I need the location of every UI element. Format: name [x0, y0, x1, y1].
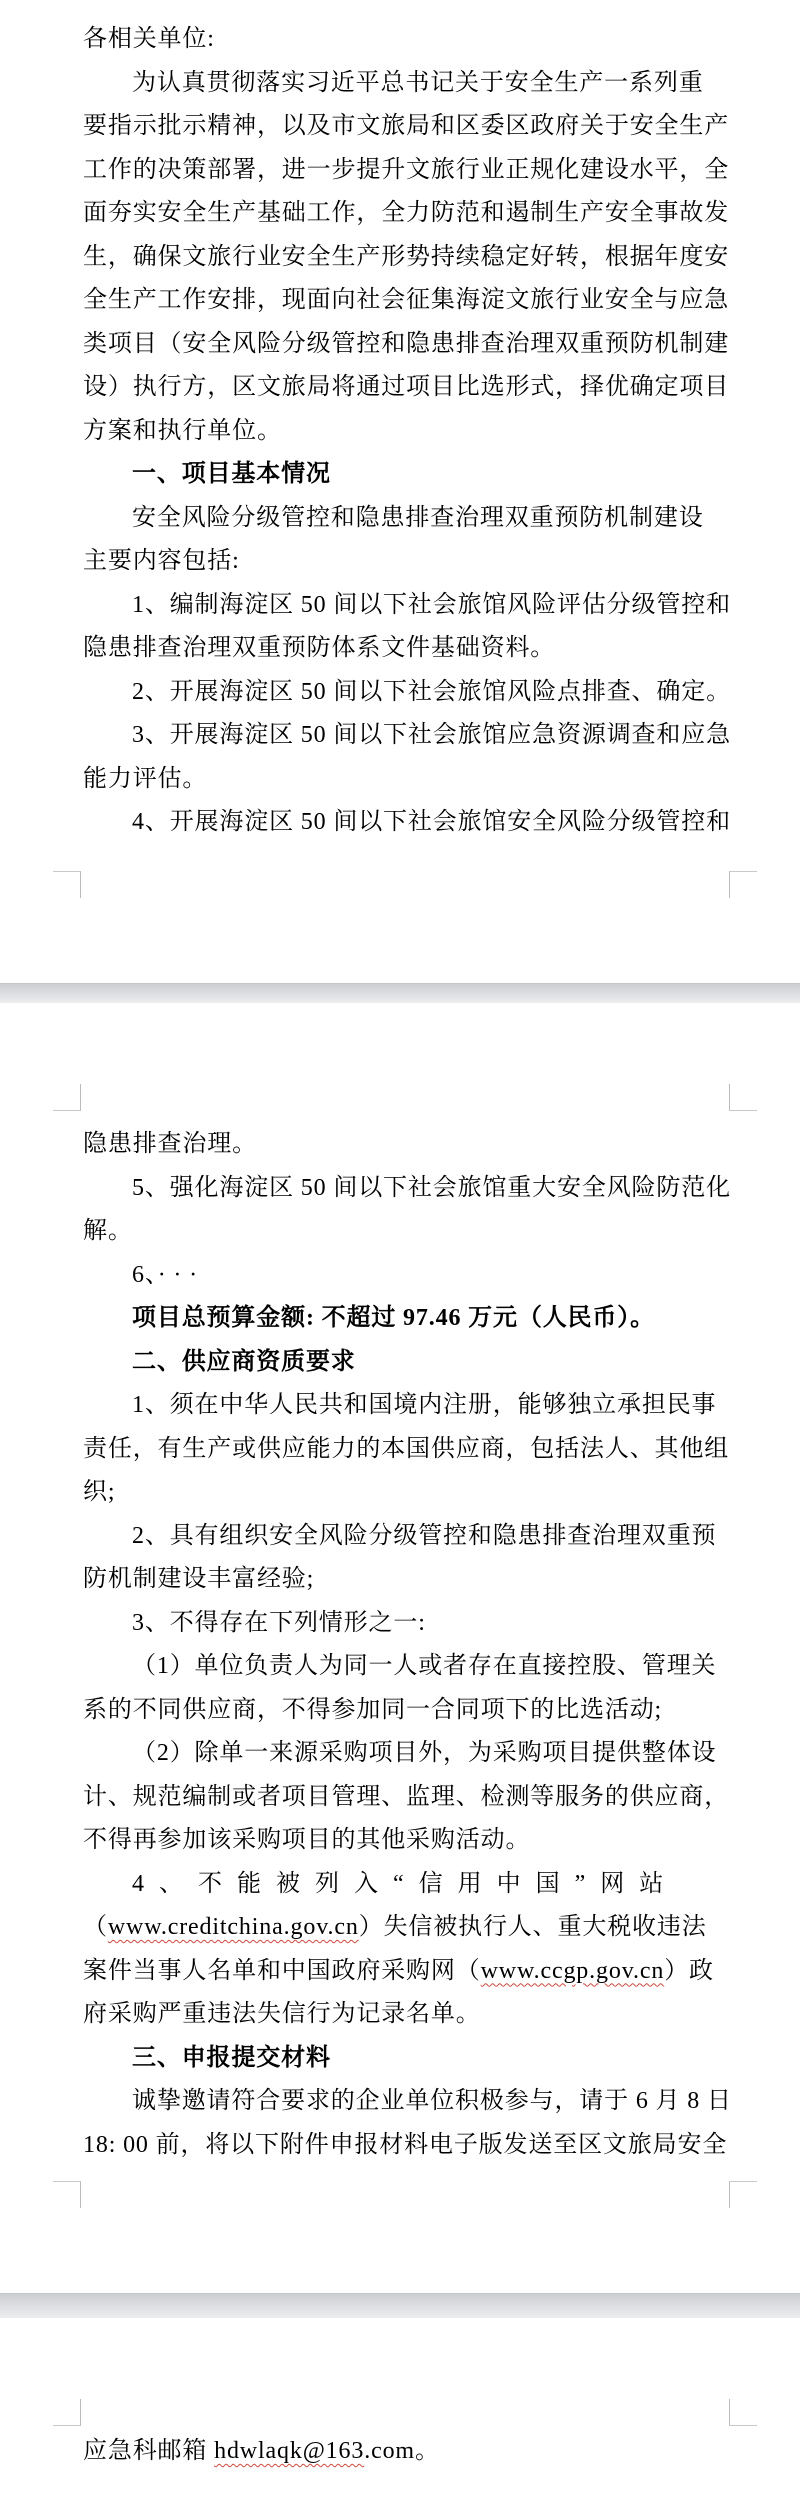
text-line: 类项目（安全风险分级管控和隐患排查治理双重预防机制建: [83, 323, 733, 367]
page-3[interactable]: [0, 2318, 800, 2518]
crop-mark-bottom-left: [53, 2181, 81, 2208]
text-line: 诚挚邀请符合要求的企业单位积极参与，请于 6 月 8 日: [83, 2080, 782, 2124]
text-line: 计、规范编制或者项目管理、监理、检测等服务的供应商，: [83, 1776, 733, 1820]
text-line: 主要内容包括:: [83, 540, 733, 584]
text-line: 18: 00 前，将以下附件申报材料电子版发送至区文旅局安全: [83, 2124, 733, 2168]
crop-mark-bottom-right: [729, 2181, 757, 2208]
text-line: 1、须在中华人民共和国境内注册，能够独立承担民事: [83, 1384, 782, 1428]
text-run: 6、· · ·: [132, 1262, 198, 1288]
text-run: 各相关单位:: [83, 26, 215, 52]
text-line: 要指示批示精神，以及市文旅局和区委区政府关于安全生产: [83, 105, 733, 149]
text-run: 工作的决策部署，进一步提升文旅行业正规化建设水平，全: [83, 157, 729, 183]
text-run: ）失信被执行人、重大税收违法: [359, 1914, 707, 1940]
text-run: 解。: [83, 1218, 133, 1244]
text-run: 5、强化海淀区 50 间以下社会旅馆重大安全风险防范化: [132, 1175, 731, 1201]
text-line: 1、编制海淀区 50 间以下社会旅馆风险评估分级管控和: [83, 584, 782, 628]
spellcheck-underlined-text: www.ccgp.gov.cn: [481, 1958, 665, 1984]
text-run: 项目总预算金额: 不超过 97.46 万元（人民币）。: [132, 1305, 655, 1331]
document-view: 各相关单位:为认真贯彻落实习近平总书记关于安全生产一系列重要指示批示精神，以及市…: [0, 0, 800, 2518]
page-separator: [0, 2293, 800, 2318]
text-line: 项目总预算金额: 不超过 97.46 万元（人民币）。: [83, 1297, 782, 1341]
text-run: 安全风险分级管控和隐患排查治理双重预防机制建设: [132, 505, 704, 531]
text-run: 4、不能被列入“信用中国”网站: [132, 1871, 678, 1897]
text-run: 方案和执行单位。: [83, 418, 282, 444]
text-run: 为认真贯彻落实习近平总书记关于安全生产一系列重: [132, 70, 704, 96]
text-line: 一、项目基本情况: [83, 453, 782, 497]
text-run: .com。: [364, 2438, 440, 2464]
text-run: 防机制建设丰富经验;: [83, 1566, 314, 1592]
crop-mark-top-left: [53, 2399, 81, 2426]
text-line: 4、不能被列入“信用中国”网站: [83, 1863, 782, 1907]
text-line: 设）执行方，区文旅局将通过项目比选形式，择优确定项目: [83, 366, 733, 410]
text-run: 应急科邮箱: [83, 2438, 214, 2464]
text-line: 全生产工作安排，现面向社会征集海淀文旅行业安全与应急: [83, 279, 733, 323]
text-line: 3、不得存在下列情形之一:: [83, 1602, 782, 1646]
text-line: 方案和执行单位。: [83, 410, 733, 454]
text-line: 4、开展海淀区 50 间以下社会旅馆安全风险分级管控和: [83, 801, 782, 845]
text-line: 解。: [83, 1210, 733, 1254]
text-line: 面夯实安全生产基础工作，全力防范和遏制生产安全事故发: [83, 192, 733, 236]
text-run: 面夯实安全生产基础工作，全力防范和遏制生产安全事故发: [83, 200, 729, 226]
spellcheck-underlined-text: www.creditchina.gov.cn: [108, 1914, 359, 1940]
text-run: 生，确保文旅行业安全生产形势持续稳定好转，根据年度安: [83, 244, 729, 270]
text-line: （2）除单一来源采购项目外，为采购项目提供整体设: [83, 1732, 782, 1776]
text-line: 生，确保文旅行业安全生产形势持续稳定好转，根据年度安: [83, 236, 733, 280]
text-line: 系的不同供应商，不得参加同一合同项下的比选活动;: [83, 1689, 733, 1733]
text-line: 三、申报提交材料: [83, 2037, 782, 2081]
text-run: 3、不得存在下列情形之一:: [132, 1610, 426, 1636]
crop-mark-top-right: [729, 1084, 757, 1111]
text-line: 6、· · ·: [83, 1254, 782, 1298]
text-line: 安全风险分级管控和隐患排查治理双重预防机制建设: [83, 497, 782, 541]
text-run: 织;: [83, 1479, 115, 1505]
text-run: 诚挚邀请符合要求的企业单位积极参与，请于 6 月 8 日: [132, 2088, 732, 2114]
text-run: 系的不同供应商，不得参加同一合同项下的比选活动;: [83, 1697, 662, 1723]
text-line: 二、供应商资质要求: [83, 1341, 782, 1385]
text-line: 3、开展海淀区 50 间以下社会旅馆应急资源调查和应急: [83, 714, 782, 758]
text-line: 5、强化海淀区 50 间以下社会旅馆重大安全风险防范化: [83, 1167, 782, 1211]
text-run: 能力评估。: [83, 766, 207, 792]
text-run: 隐患排查治理。: [83, 1131, 257, 1157]
text-line: （www.creditchina.gov.cn）失信被执行人、重大税收违法: [83, 1906, 733, 1950]
text-line: 2、开展海淀区 50 间以下社会旅馆风险点排查、确定。: [83, 671, 782, 715]
text-line: 工作的决策部署，进一步提升文旅行业正规化建设水平，全: [83, 149, 733, 193]
crop-mark-bottom-right: [729, 871, 757, 898]
text-line: 织;: [83, 1471, 733, 1515]
text-line: 应急科邮箱 hdwlaqk@163.com。: [83, 2430, 733, 2474]
text-line: 责任，有生产或供应能力的本国供应商，包括法人、其他组: [83, 1428, 733, 1472]
text-line: 为认真贯彻落实习近平总书记关于安全生产一系列重: [83, 62, 782, 106]
crop-mark-top-right: [729, 2399, 757, 2426]
text-run: 主要内容包括:: [83, 548, 240, 574]
text-line: 府采购严重违法失信行为记录名单。: [83, 1993, 733, 2037]
crop-mark-top-left: [53, 1084, 81, 1111]
text-run: （1）单位负责人为同一人或者存在直接控股、管理关: [132, 1653, 716, 1679]
text-run: （: [83, 1914, 108, 1940]
text-line: 隐患排查治理。: [83, 1123, 733, 1167]
text-line: 能力评估。: [83, 758, 733, 802]
text-run: 责任，有生产或供应能力的本国供应商，包括法人、其他组: [83, 1436, 729, 1462]
text-run: 类项目（安全风险分级管控和隐患排查治理双重预防机制建: [83, 331, 729, 357]
text-run: ）政: [664, 1958, 714, 1984]
text-line: 隐患排查治理双重预防体系文件基础资料。: [83, 627, 733, 671]
text-line: 案件当事人名单和中国政府采购网（www.ccgp.gov.cn）政: [83, 1950, 733, 1994]
text-run: 1、编制海淀区 50 间以下社会旅馆风险评估分级管控和: [132, 592, 731, 618]
text-run: 18: 00 前，将以下附件申报材料电子版发送至区文旅局安全: [83, 2132, 727, 2158]
text-run: 4、开展海淀区 50 间以下社会旅馆安全风险分级管控和: [132, 809, 731, 835]
text-line: （1）单位负责人为同一人或者存在直接控股、管理关: [83, 1645, 782, 1689]
text-run: 府采购严重违法失信行为记录名单。: [83, 2001, 481, 2027]
text-run: 案件当事人名单和中国政府采购网（: [83, 1958, 481, 1984]
text-run: 计、规范编制或者项目管理、监理、检测等服务的供应商，: [83, 1784, 729, 1810]
text-run: 2、具有组织安全风险分级管控和隐患排查治理双重预: [132, 1523, 716, 1549]
text-line: 各相关单位:: [83, 18, 733, 62]
text-run: 一、项目基本情况: [132, 461, 331, 487]
text-run: 二、供应商资质要求: [132, 1349, 356, 1375]
text-run: 全生产工作安排，现面向社会征集海淀文旅行业安全与应急: [83, 287, 729, 313]
text-line: 防机制建设丰富经验;: [83, 1558, 733, 1602]
text-run: 要指示批示精神，以及市文旅局和区委区政府关于安全生产: [83, 113, 729, 139]
text-line: 不得再参加该采购项目的其他采购活动。: [83, 1819, 733, 1863]
text-run: 三、申报提交材料: [132, 2045, 331, 2071]
text-run: 2、开展海淀区 50 间以下社会旅馆风险点排查、确定。: [132, 679, 731, 705]
text-run: 隐患排查治理双重预防体系文件基础资料。: [83, 635, 555, 661]
text-run: 1、须在中华人民共和国境内注册，能够独立承担民事: [132, 1392, 716, 1418]
text-run: 不得再参加该采购项目的其他采购活动。: [83, 1827, 530, 1853]
text-line: 2、具有组织安全风险分级管控和隐患排查治理双重预: [83, 1515, 782, 1559]
text-run: （2）除单一来源采购项目外，为采购项目提供整体设: [132, 1740, 716, 1766]
crop-mark-bottom-left: [53, 871, 81, 898]
text-run: 设）执行方，区文旅局将通过项目比选形式，择优确定项目: [83, 374, 729, 400]
page-separator: [0, 983, 800, 1003]
spellcheck-underlined-text: hdwlaqk@163: [214, 2438, 364, 2464]
text-run: 3、开展海淀区 50 间以下社会旅馆应急资源调查和应急: [132, 722, 731, 748]
